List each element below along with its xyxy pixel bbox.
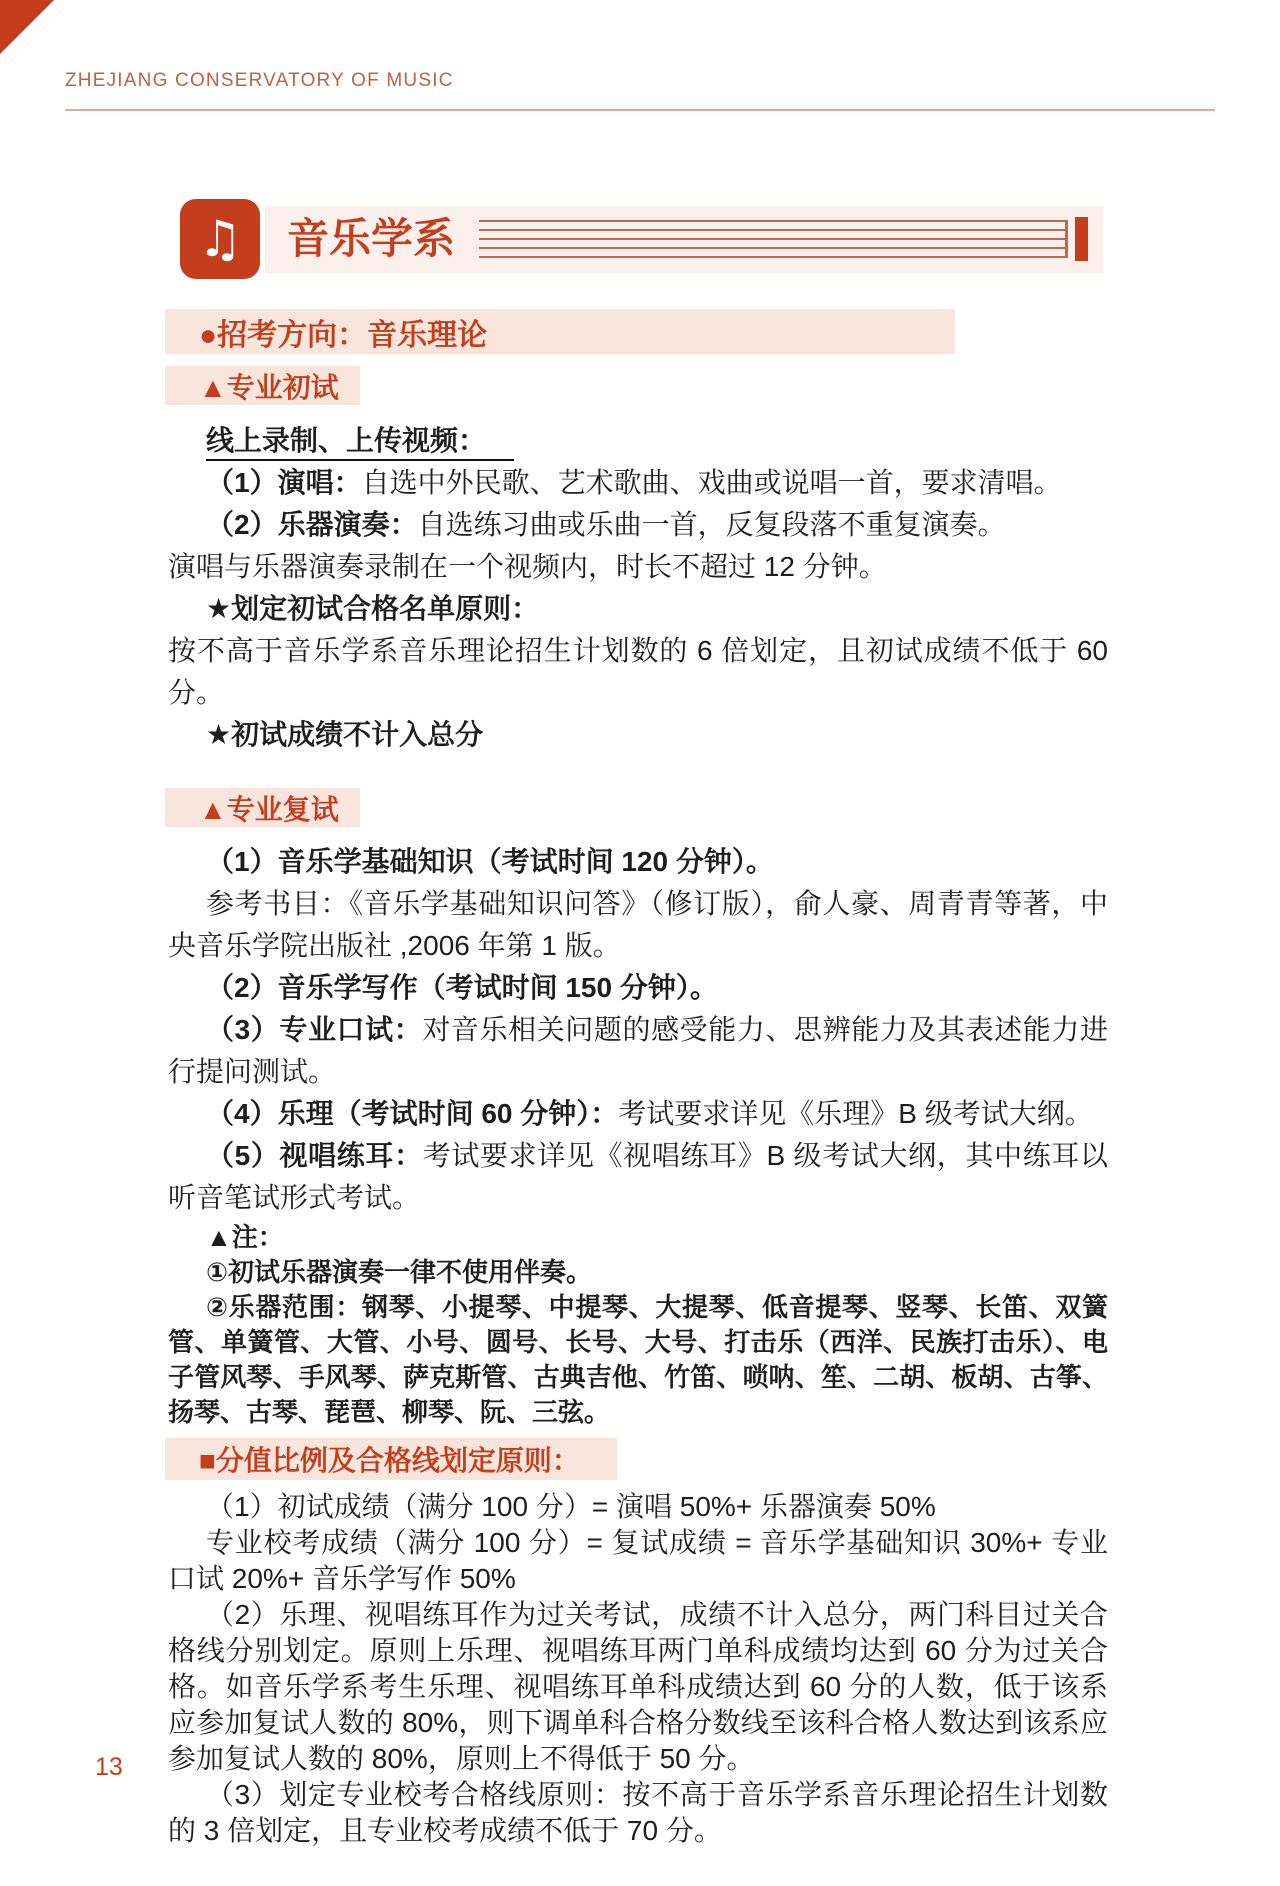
music-note-glyph: ♫ [198, 214, 243, 264]
direction-banner: ●招考方向：音乐理论 [165, 309, 955, 354]
video-duration-note: 演唱与乐器演奏录制在一个视频内，时长不超过 12 分钟。 [168, 546, 1108, 588]
online-recording-note-text: 线上录制、上传视频： [206, 425, 514, 461]
music-theory-item-head: （4）乐理（考试时间 60 分钟）： [206, 1098, 618, 1129]
instrument-item-head: （2）乐器演奏： [206, 509, 418, 540]
section-banner-scoring: ■分值比例及合格线划定原则： [165, 1438, 617, 1480]
document-page: ZHEJIANG CONSERVATORY OF MUSIC ♫ 音乐学系 ●招… [0, 0, 1280, 1886]
header-rule [65, 109, 1215, 111]
department-header: ♫ 音乐学系 [180, 199, 1280, 279]
retest-item-basics: （1）音乐学基础知识（考试时间 120 分钟）。 [168, 841, 1108, 883]
note-accompaniment: ①初试乐器演奏一律不使用伴奏。 [168, 1255, 1108, 1290]
notes-section: ▲注： ①初试乐器演奏一律不使用伴奏。 ②乐器范围：钢琴、小提琴、中提琴、大提琴… [168, 1220, 1108, 1430]
music-theory-item: （4）乐理（考试时间 60 分钟）：考试要求详见《乐理》B 级考试大纲。 [168, 1093, 1108, 1135]
department-title: 音乐学系 [287, 218, 455, 260]
scoring-section: （1）初试成绩（满分 100 分）= 演唱 50%+ 乐器演奏 50% 专业校考… [168, 1489, 1108, 1849]
scoring-passline-rule: （3）划定专业校考合格线原则：按不高于音乐学系音乐理论招生计划数的 3 倍划定，… [168, 1777, 1108, 1849]
staff-lines [479, 220, 1068, 258]
scoring-pass-rule: （2）乐理、视唱练耳作为过关考试，成绩不计入总分，两门科目过关合格线分别划定。原… [168, 1597, 1108, 1777]
section-banner-preliminary: ▲专业初试 [165, 366, 360, 405]
online-recording-note: 线上录制、上传视频： [168, 420, 1108, 462]
retest-section: （1）音乐学基础知识（考试时间 120 分钟）。 参考书目：《音乐学基础知识问答… [168, 841, 1108, 1219]
instrument-item-text: 自选练习曲或乐曲一首，反复段落不重复演奏。 [418, 509, 1006, 540]
passlist-rule-title: ★划定初试合格名单原则： [168, 588, 1108, 630]
vocal-item: （1）演唱：自选中外民歌、艺术歌曲、戏曲或说唱一首，要求清唱。 [168, 462, 1108, 504]
scoring-final-formula: 专业校考成绩（满分 100 分）= 复试成绩 = 音乐学基础知识 30%+ 专业… [168, 1525, 1108, 1597]
institution-name: ZHEJIANG CONSERVATORY OF MUSIC [65, 70, 1280, 92]
corner-decoration [0, 0, 54, 54]
staff-final-barline [1075, 217, 1088, 261]
oral-test-item-head: （3）专业口试： [206, 1014, 422, 1045]
notes-title: ▲注： [168, 1220, 1108, 1255]
scoring-prelim-formula: （1）初试成绩（满分 100 分）= 演唱 50%+ 乐器演奏 50% [168, 1489, 1108, 1525]
vocal-item-head: （1）演唱： [206, 467, 362, 498]
instrument-item: （2）乐器演奏：自选练习曲或乐曲一首，反复段落不重复演奏。 [168, 504, 1108, 546]
staff-band: 音乐学系 [265, 206, 1103, 273]
music-note-icon: ♫ [180, 199, 260, 279]
note-instrument-range: ②乐器范围：钢琴、小提琴、中提琴、大提琴、低音提琴、竖琴、长笛、双簧管、单簧管、… [168, 1290, 1108, 1430]
oral-test-item: （3）专业口试：对音乐相关问题的感受能力、思辨能力及其表述能力进行提问测试。 [168, 1009, 1108, 1093]
sightsinging-item-head: （5）视唱练耳： [206, 1140, 423, 1171]
vocal-item-text: 自选中外民歌、艺术歌曲、戏曲或说唱一首，要求清唱。 [362, 467, 1062, 498]
sightsinging-item: （5）视唱练耳：考试要求详见《视唱练耳》B 级考试大纲，其中练耳以听音笔试形式考… [168, 1135, 1108, 1219]
section-banner-retest: ▲专业复试 [165, 788, 360, 827]
preliminary-section: 线上录制、上传视频： （1）演唱：自选中外民歌、艺术歌曲、戏曲或说唱一首，要求清… [168, 420, 1108, 756]
retest-item-writing: （2）音乐学写作（考试时间 150 分钟）。 [168, 967, 1108, 1009]
passlist-rule-body: 按不高于音乐学系音乐理论招生计划数的 6 倍划定，且初试成绩不低于 60 分。 [168, 630, 1108, 714]
music-theory-item-text: 考试要求详见《乐理》B 级考试大纲。 [618, 1098, 1092, 1129]
reference-books: 参考书目：《音乐学基础知识问答》（修订版），俞人豪、周青青等著，中央音乐学院出版… [168, 883, 1108, 967]
prelim-score-note: ★初试成绩不计入总分 [168, 714, 1108, 756]
page-number: 13 [95, 1753, 123, 1782]
